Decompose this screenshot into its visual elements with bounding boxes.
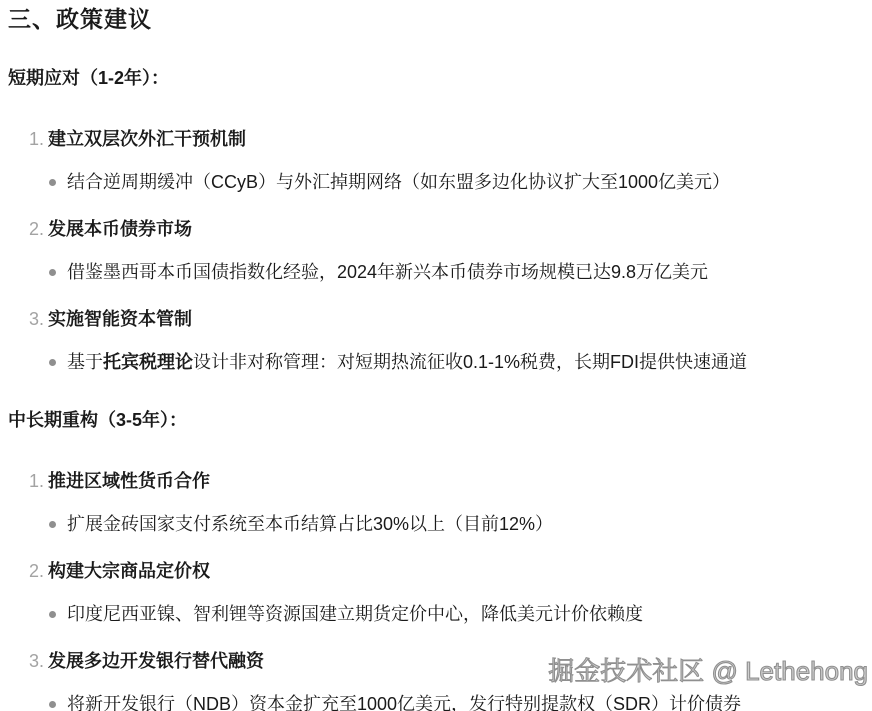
section-heading-short-term: 短期应对（1-2年）： xyxy=(8,66,864,91)
list-item: 2. 构建大宗商品定价权 印度尼西亚镍、智利锂等资源国建立期货定价中心，降低美元… xyxy=(8,559,864,627)
sub-bullet-list: 借鉴墨西哥本币国债指数化经验，2024年新兴本币债券市场规模已达9.8万亿美元 xyxy=(48,260,864,285)
list-item-title: 实施智能资本管制 xyxy=(48,307,864,332)
sub-bullet-list: 扩展金砖国家支付系统至本币结算占比30%以上（目前12%） xyxy=(48,512,864,537)
bullet-item: 借鉴墨西哥本币国债指数化经验，2024年新兴本币债券市场规模已达9.8万亿美元 xyxy=(48,260,864,285)
short-term-list: 1. 建立双层次外汇干预机制 结合逆周期缓冲（CCyB）与外汇掉期网络（如东盟多… xyxy=(8,127,864,375)
bullet-item: 印度尼西亚镍、智利锂等资源国建立期货定价中心，降低美元计价依赖度 xyxy=(48,602,864,627)
list-item-number: 3. xyxy=(8,649,44,674)
bullet-item: 扩展金砖国家支付系统至本币结算占比30%以上（目前12%） xyxy=(48,512,864,537)
watermark: 掘金技术社区 @ Lethehong xyxy=(548,657,868,685)
list-item: 1. 推进区域性货币合作 扩展金砖国家支付系统至本币结算占比30%以上（目前12… xyxy=(8,469,864,537)
sub-bullet-list: 印度尼西亚镍、智利锂等资源国建立期货定价中心，降低美元计价依赖度 xyxy=(48,602,864,627)
bullet-text: 将新开发银行（NDB）资本金扩充至1000亿美元，发行特别提款权（SDR）计价债… xyxy=(67,694,741,711)
bullet-text: 印度尼西亚镍、智利锂等资源国建立期货定价中心，降低美元计价依赖度 xyxy=(67,604,643,624)
bullet-text-bold: 托宾税理论 xyxy=(103,352,193,372)
list-item-number: 2. xyxy=(8,217,44,242)
bullet-dot-icon xyxy=(49,269,56,276)
bullet-dot-icon xyxy=(49,521,56,528)
list-item: 3. 实施智能资本管制 基于托宾税理论设计非对称管理：对短期热流征收0.1-1%… xyxy=(8,307,864,375)
bullet-text: 基于 xyxy=(67,352,103,372)
list-item-title: 发展本币债券市场 xyxy=(48,217,864,242)
list-item-number: 2. xyxy=(8,559,44,584)
bullet-text: 借鉴墨西哥本币国债指数化经验，2024年新兴本币债券市场规模已达9.8万亿美元 xyxy=(67,262,708,282)
bullet-text: 结合逆周期缓冲（CCyB）与外汇掉期网络（如东盟多边化协议扩大至1000亿美元） xyxy=(67,172,730,192)
list-item-title: 构建大宗商品定价权 xyxy=(48,559,864,584)
bullet-dot-icon xyxy=(49,701,56,708)
list-item-number: 1. xyxy=(8,469,44,494)
bullet-item: 将新开发银行（NDB）资本金扩充至1000亿美元，发行特别提款权（SDR）计价债… xyxy=(48,692,864,711)
section-heading-mid-long-term: 中长期重构（3-5年）： xyxy=(8,408,864,433)
document-page: 三、政策建议 短期应对（1-2年）： 1. 建立双层次外汇干预机制 结合逆周期缓… xyxy=(0,0,872,711)
bullet-item: 结合逆周期缓冲（CCyB）与外汇掉期网络（如东盟多边化协议扩大至1000亿美元） xyxy=(48,170,864,195)
list-item-number: 3. xyxy=(8,307,44,332)
list-item-title: 推进区域性货币合作 xyxy=(48,469,864,494)
sub-bullet-list: 将新开发银行（NDB）资本金扩充至1000亿美元，发行特别提款权（SDR）计价债… xyxy=(48,692,864,711)
bullet-text: 设计非对称管理：对短期热流征收0.1-1%税费，长期FDI提供快速通道 xyxy=(193,352,747,372)
bullet-item: 基于托宾税理论设计非对称管理：对短期热流征收0.1-1%税费，长期FDI提供快速… xyxy=(48,350,864,375)
bullet-dot-icon xyxy=(49,359,56,366)
bullet-dot-icon xyxy=(49,611,56,618)
list-item-title: 建立双层次外汇干预机制 xyxy=(48,127,864,152)
list-item: 1. 建立双层次外汇干预机制 结合逆周期缓冲（CCyB）与外汇掉期网络（如东盟多… xyxy=(8,127,864,195)
list-item-number: 1. xyxy=(8,127,44,152)
page-title: 三、政策建议 xyxy=(8,6,864,33)
sub-bullet-list: 结合逆周期缓冲（CCyB）与外汇掉期网络（如东盟多边化协议扩大至1000亿美元） xyxy=(48,170,864,195)
bullet-text: 扩展金砖国家支付系统至本币结算占比30%以上（目前12%） xyxy=(67,514,553,534)
list-item: 2. 发展本币债券市场 借鉴墨西哥本币国债指数化经验，2024年新兴本币债券市场… xyxy=(8,217,864,285)
bullet-dot-icon xyxy=(49,179,56,186)
sub-bullet-list: 基于托宾税理论设计非对称管理：对短期热流征收0.1-1%税费，长期FDI提供快速… xyxy=(48,350,864,375)
